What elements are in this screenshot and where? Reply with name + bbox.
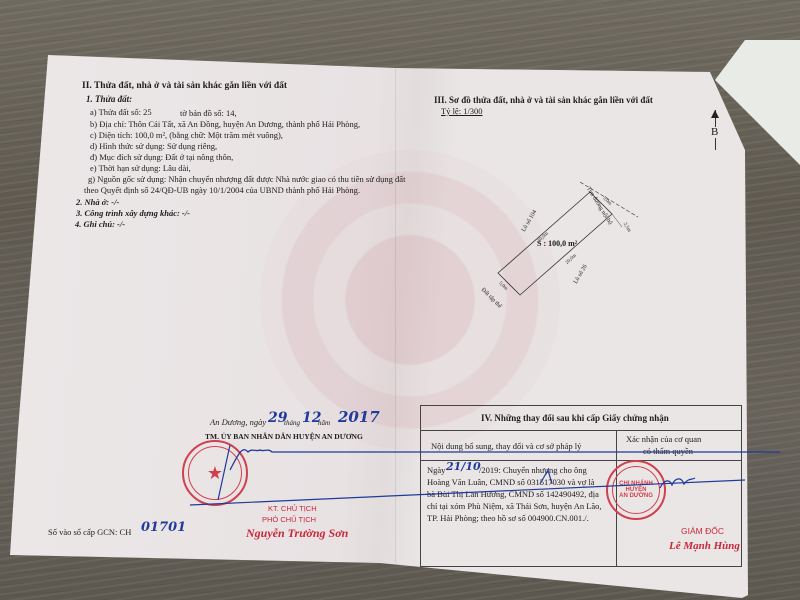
signer-name: Nguyễn Trường Sơn — [246, 527, 348, 539]
stamp-text-2: HUYỆN — [625, 487, 646, 493]
usage-purpose: đ) Mục đích sử dụng: Đất ở tại nông thôn… — [90, 153, 233, 162]
star-emblem-icon: ★ — [207, 463, 223, 484]
entry-line-2: Hoàng Văn Luân, CMND số 031517030 và vợ … — [427, 478, 594, 487]
issue-date-prefix: An Dương, ngày — [210, 418, 266, 427]
usage-form: d) Hình thức sử dụng: Sử dụng riêng, — [90, 142, 217, 151]
year-label: năm — [318, 420, 330, 427]
entry-date-prefix: Ngày — [427, 466, 445, 475]
usage-origin-line1: g) Nguồn gốc sử dụng: Nhận chuyển nhượng… — [88, 175, 405, 184]
land-certificate-page: II. Thửa đất, nhà ở và tài sản khác gắn … — [0, 0, 800, 600]
signer-title-2: PHÓ CHỦ TỊCH — [262, 516, 316, 524]
section-iii-title: III. Sơ đồ thửa đất, nhà ở và tài sản kh… — [434, 96, 653, 105]
section-ii-title: II. Thửa đất, nhà ở và tài sản khác gắn … — [82, 82, 287, 92]
stamp-text-3: AN DƯƠNG — [619, 493, 653, 499]
parcel-diagram — [470, 155, 650, 305]
usage-origin-line2: theo Quyết định số 24/QĐ-UB ngày 10/1/20… — [84, 186, 360, 195]
stamp-text-1: CHI NHÁNH — [619, 481, 653, 487]
parcel-subtitle: 1. Thửa đất: — [86, 95, 132, 104]
notes-info: 4. Ghi chú: -/- — [75, 220, 125, 229]
house-info: 2. Nhà ở: -/- — [76, 198, 119, 207]
entry-line-4: chỉ tại xóm Phù Niệm, xã Thái Sơn, huyện… — [427, 502, 602, 511]
parcel-area-label: S : 100,0 m² — [537, 240, 577, 248]
entry-line-5: TP. Hải Phòng; theo hồ sơ số 004900.CN.0… — [427, 514, 589, 523]
register-number-handwritten: 01701 — [141, 521, 186, 534]
entry-date-handwritten: 21/10 — [446, 461, 481, 472]
register-label: Số vào sổ cấp GCN: CH — [48, 528, 131, 537]
issue-year-handwritten: 2017 — [338, 410, 380, 425]
month-label: tháng — [284, 420, 300, 427]
official-seal-people-committee: ★ — [182, 440, 248, 506]
col-confirm-header-2: có thẩm quyền — [643, 447, 693, 456]
plan-scale: Tỷ lệ: 1/300 — [441, 107, 483, 116]
director-title: GIÁM ĐỐC — [681, 527, 724, 536]
north-arrow-icon — [711, 110, 719, 118]
entry-line-1: /2019: Chuyển nhượng cho ông — [479, 466, 587, 475]
col-content-header: Nội dung bổ sung, thay đổi và cơ sở pháp… — [431, 442, 581, 451]
changes-table-header-row: Nội dung bổ sung, thay đổi và cơ sở pháp… — [421, 430, 741, 461]
official-seal-land-office: CHI NHÁNH HUYỆN AN DƯƠNG — [606, 460, 666, 520]
page-fold — [395, 68, 396, 563]
col-confirm-header-1: Xác nhận của cơ quan — [626, 435, 701, 444]
parcel-area: c) Diện tích: 100,0 m², (bằng chữ: Một t… — [90, 131, 283, 140]
parcel-address: b) Địa chỉ: Thôn Cái Tất, xã An Đồng, hu… — [90, 120, 360, 129]
north-label: B — [711, 127, 718, 138]
changes-table: IV. Những thay đổi sau khi cấp Giấy chứn… — [420, 405, 742, 567]
entry-line-3: bà Bùi Thị Lan Hương, CMND số 142490492,… — [427, 490, 599, 499]
signer-title-1: KT. CHỦ TỊCH — [268, 505, 317, 513]
parcel-number: a) Thửa đất số: 25 — [90, 108, 152, 117]
director-name: Lê Mạnh Hùng — [669, 541, 740, 552]
map-sheet-number: tờ bản đồ số: 14, — [180, 109, 237, 118]
issuing-authority: TM. ỦY BAN NHÂN DÂN HUYỆN AN DƯƠNG — [205, 433, 363, 441]
other-construction-info: 3. Công trình xây dựng khác: -/- — [76, 209, 190, 218]
changes-table-title-row: IV. Những thay đổi sau khi cấp Giấy chứn… — [421, 406, 741, 431]
section-iv-title: IV. Những thay đổi sau khi cấp Giấy chứn… — [481, 414, 669, 423]
usage-term: e) Thời hạn sử dụng: Lâu dài, — [90, 164, 191, 173]
